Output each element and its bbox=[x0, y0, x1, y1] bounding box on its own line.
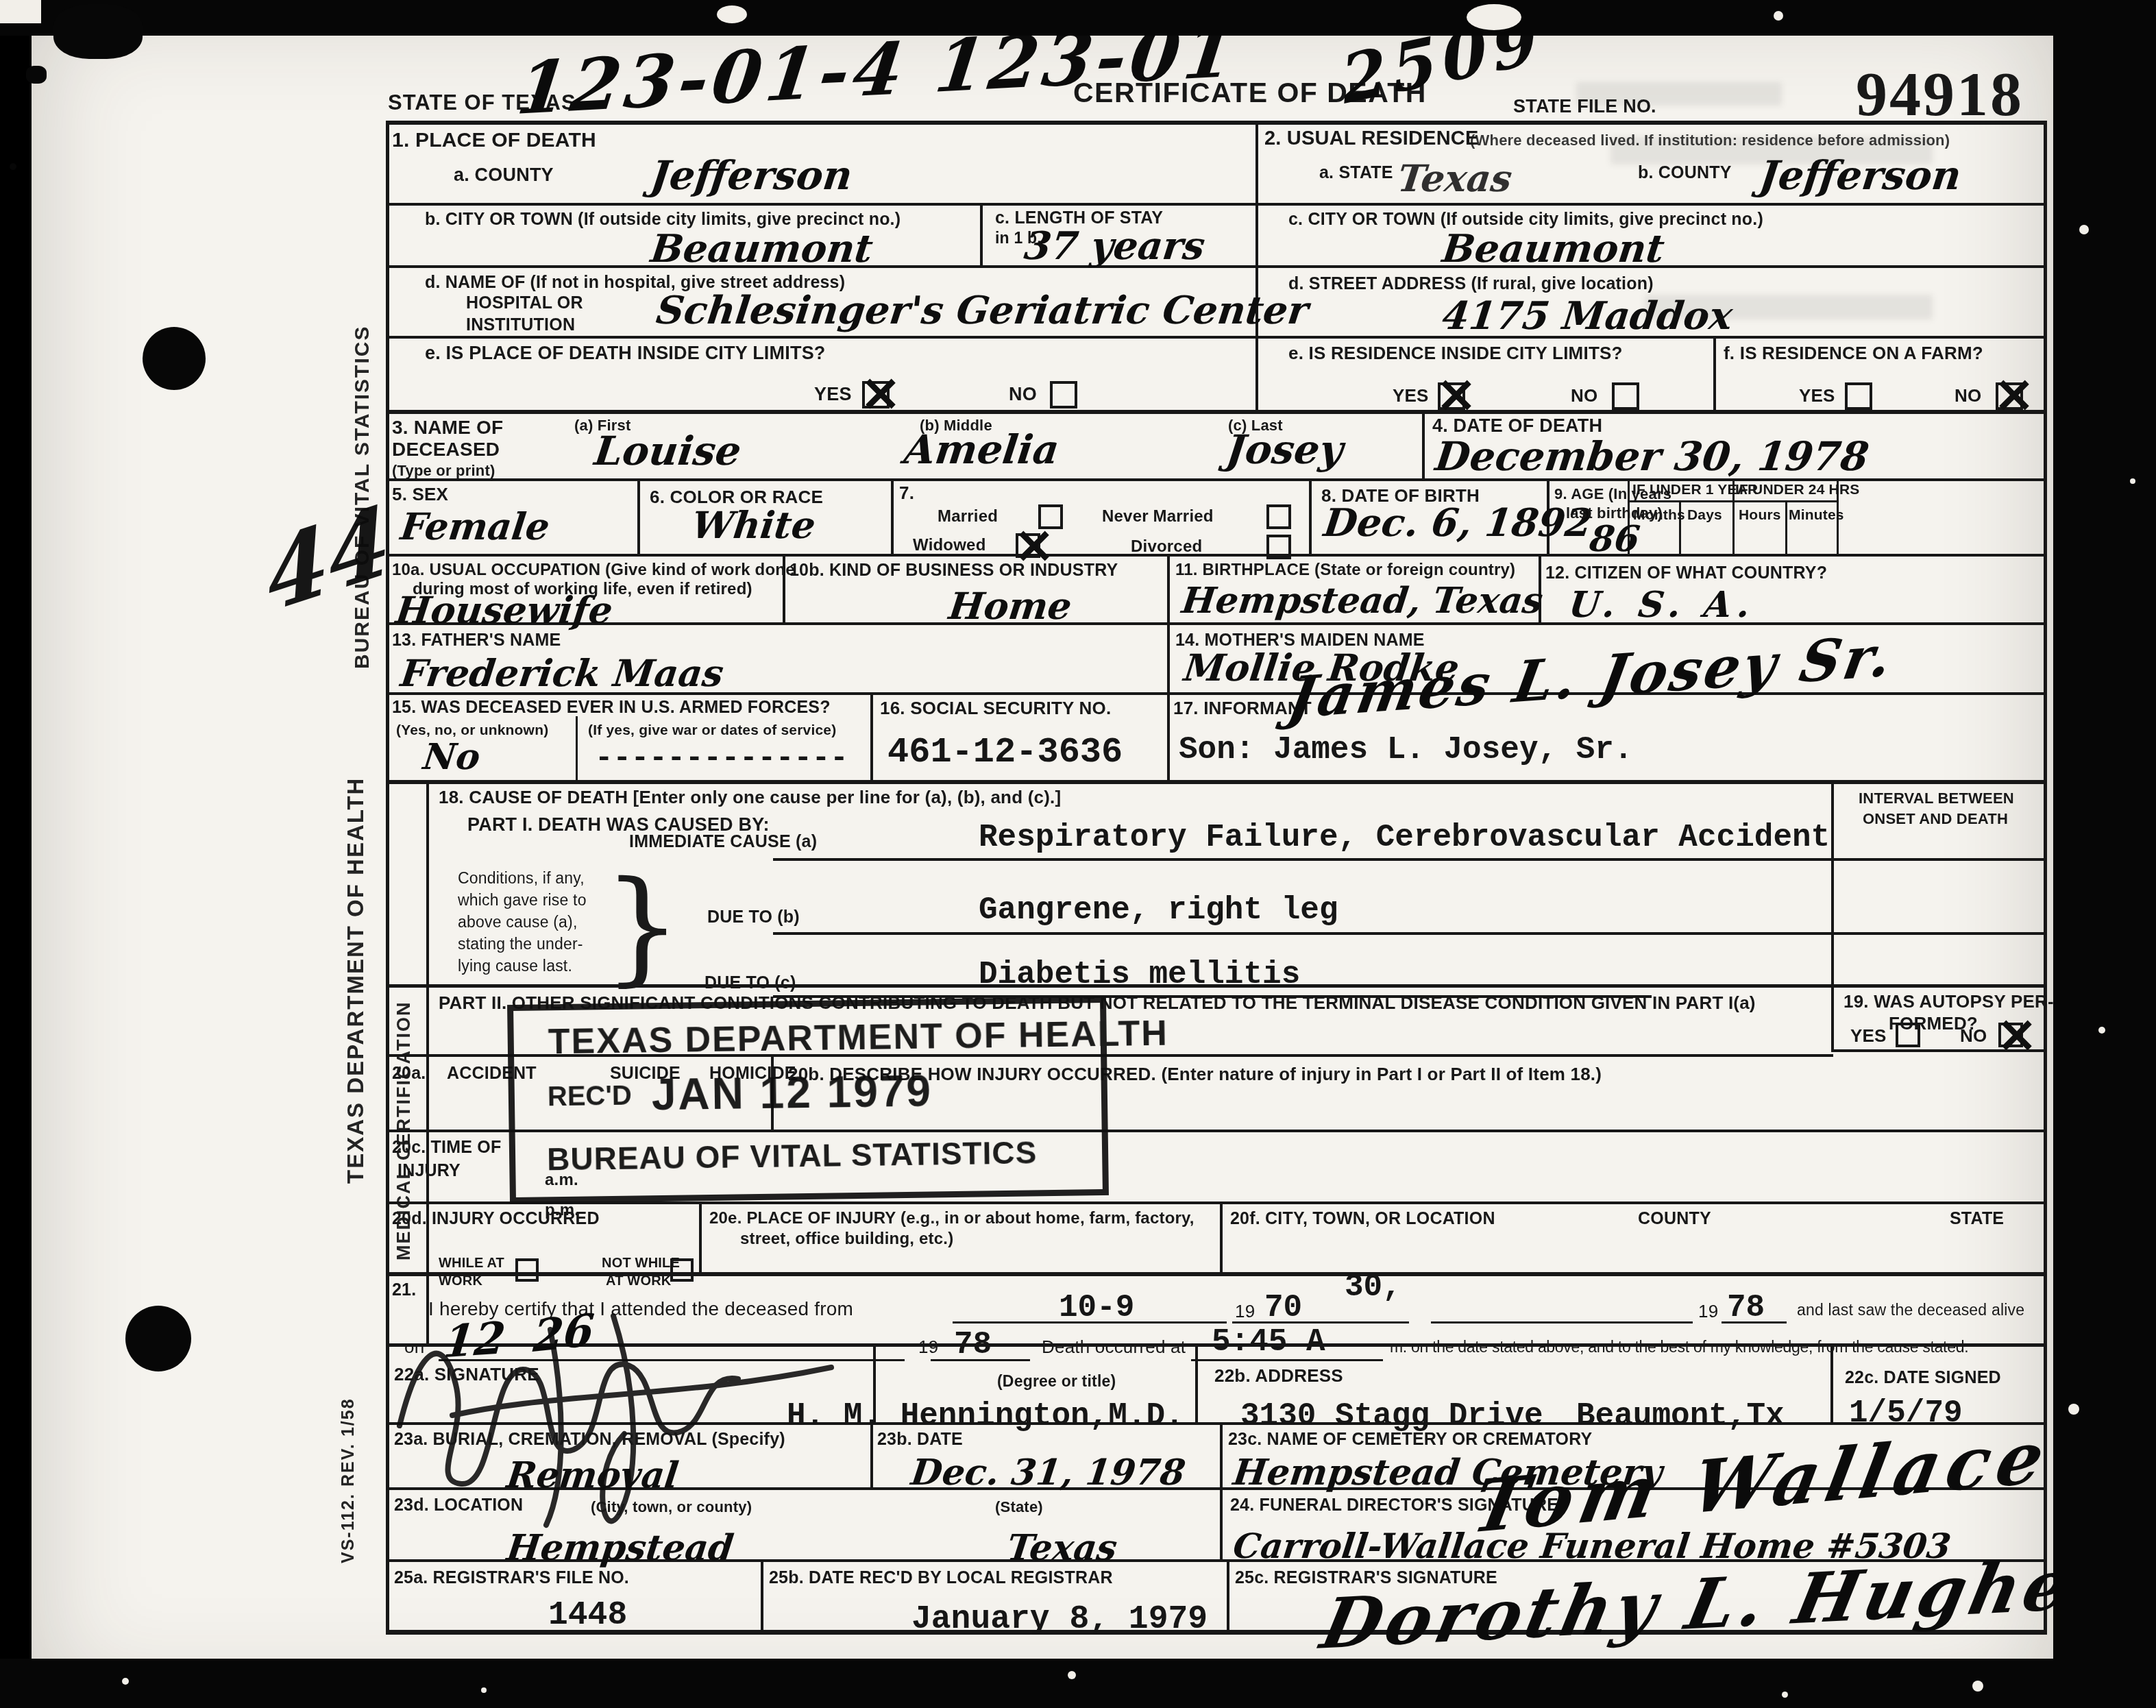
injury-20f-label: 20f. CITY, TOWN, OR LOCATION bbox=[1230, 1209, 1495, 1229]
months-label: Months bbox=[1633, 507, 1685, 524]
widowed-label: Widowed bbox=[913, 536, 986, 555]
certify-line1-post: and last saw the deceased alive bbox=[1797, 1301, 2024, 1319]
place-limits-no-checkbox bbox=[1050, 381, 1077, 408]
physician-address-value: 3130 Stagg Drive bbox=[1240, 1398, 1543, 1434]
minutes-label: Minutes bbox=[1789, 507, 1844, 524]
department-vertical-label: TEXAS DEPARTMENT OF HEALTH bbox=[343, 733, 369, 1227]
scanned-death-certificate: STATE OF TEXAS 123-01-4 123-01 CERTIFICA… bbox=[0, 0, 2156, 1708]
residence-limits-yes-label: YES bbox=[1393, 385, 1429, 406]
residence-farm-no-checkbox bbox=[1996, 382, 2023, 410]
ssn-label: 16. SOCIAL SECURITY NO. bbox=[880, 698, 1111, 719]
location-sub1: (City, town, or county) bbox=[591, 1498, 752, 1516]
married-label: Married bbox=[938, 507, 998, 526]
conditions-note2: which gave rise to bbox=[458, 891, 587, 910]
sex-label: 5. SEX bbox=[392, 484, 448, 505]
last-name-value: Josey bbox=[1224, 426, 1346, 473]
year-prefix-2: 19 bbox=[1698, 1301, 1718, 1322]
immediate-cause-label: IMMEDIATE CAUSE (a) bbox=[629, 832, 817, 852]
form-number-vertical-label: VS-112. REV. 1/58 bbox=[339, 1367, 358, 1594]
location-city-value: Hempstead bbox=[504, 1527, 736, 1569]
birthplace-value: Hempstead, Texas bbox=[1179, 580, 1545, 622]
residence-limits-no-checkbox bbox=[1612, 382, 1639, 410]
due-to-c-value: Diabetis mellitis bbox=[979, 957, 1300, 992]
residence-limits-no-label: NO bbox=[1571, 385, 1597, 406]
certify-line2-post: m. on the date stated above, and to the … bbox=[1390, 1338, 1968, 1356]
place-city-limits-label: e. IS PLACE OF DEATH INSIDE CITY LIMITS? bbox=[425, 343, 826, 364]
injury-20e-label1: 20e. PLACE OF INJURY (e.g., in or about … bbox=[709, 1209, 1195, 1228]
place-limits-yes-checkbox bbox=[862, 381, 890, 408]
marital-item-label: 7. bbox=[899, 483, 914, 504]
burial-method-value: Removal bbox=[504, 1454, 681, 1496]
occupation-value: Housewife bbox=[393, 588, 615, 632]
length-of-stay-value: 37 years bbox=[1022, 223, 1208, 269]
attended-from-value: 10-9 bbox=[1059, 1290, 1134, 1326]
death-occurred-label: Death occurred at bbox=[1042, 1337, 1186, 1358]
injury-20d-label: 20d. INJURY OCCURRED bbox=[392, 1209, 600, 1229]
burial-label: 23a. BURIAL, CREMATION, REMOVAL (Specify… bbox=[394, 1430, 785, 1450]
informant-value: Son: James L. Josey, Sr. bbox=[1179, 732, 1633, 768]
scan-edge-right bbox=[2053, 0, 2156, 1708]
place-of-death-section-label: 1. PLACE OF DEATH bbox=[392, 129, 596, 152]
conditions-note3: above cause (a), bbox=[458, 913, 578, 931]
punch-hole-bottom bbox=[125, 1306, 191, 1371]
date-signed-label: 22c. DATE SIGNED bbox=[1845, 1368, 2001, 1388]
while-at-work-checkbox bbox=[515, 1258, 539, 1282]
due-to-b-value: Gangrene, right leg bbox=[979, 892, 1338, 928]
name-of-deceased-label: 3. NAME OF bbox=[392, 417, 503, 439]
last-seen-day-value: 30, bbox=[1345, 1269, 1401, 1305]
residence-street-label: d. STREET ADDRESS (If rural, give locati… bbox=[1288, 274, 1654, 294]
registrar-date-label: 25b. DATE REC'D BY LOCAL REGISTRAR bbox=[769, 1568, 1113, 1588]
days-label: Days bbox=[1687, 507, 1722, 524]
date-of-death-value: December 30, 1978 bbox=[1433, 433, 1872, 480]
industry-label: 10b. KIND OF BUSINESS OR INDUSTRY bbox=[789, 561, 1118, 581]
physician-address-city-value: Beaumont,Tx bbox=[1576, 1398, 1785, 1434]
burial-date-value: Dec. 31, 1978 bbox=[909, 1452, 1188, 1493]
not-while-at-work-checkbox bbox=[670, 1258, 694, 1282]
age-value: 86 bbox=[1587, 518, 1642, 560]
conditions-note1: Conditions, if any, bbox=[458, 869, 585, 888]
cemetery-label: 23c. NAME OF CEMETERY OR CREMATORY bbox=[1228, 1430, 1592, 1450]
divorced-checkbox bbox=[1266, 535, 1291, 559]
hospital-label2: HOSPITAL OR bbox=[466, 293, 583, 313]
cause-section-label: 18. CAUSE OF DEATH [Enter only one cause… bbox=[439, 787, 1061, 808]
registrar-file-label: 25a. REGISTRAR'S FILE NO. bbox=[394, 1568, 629, 1588]
first-name-value: Louise bbox=[592, 428, 744, 474]
signature-label: 22a. SIGNATURE bbox=[394, 1364, 539, 1385]
middle-name-value: Amelia bbox=[902, 426, 1062, 473]
sex-value: Female bbox=[398, 504, 552, 548]
location-sub2: (State) bbox=[995, 1498, 1043, 1516]
location-state-value: Texas bbox=[1005, 1527, 1119, 1569]
occupation-label: 10a. USUAL OCCUPATION (Give kind of work… bbox=[392, 561, 795, 580]
injury-20c-label2: INJURY bbox=[397, 1161, 461, 1181]
name-of-deceased-label3: (Type or print) bbox=[392, 462, 495, 480]
due-to-b-label: DUE TO (b) bbox=[707, 907, 800, 927]
registrar-date-value: January 8, 1979 bbox=[911, 1601, 1208, 1638]
residence-city-limits-label: e. IS RESIDENCE INSIDE CITY LIMITS? bbox=[1288, 343, 1623, 364]
not-while-at-work-label2: AT WORK bbox=[606, 1273, 671, 1289]
place-county-label: a. COUNTY bbox=[454, 164, 554, 186]
divorced-label: Divorced bbox=[1131, 537, 1202, 557]
place-city-value: Beaumont bbox=[648, 226, 875, 271]
due-to-c-label: DUE TO (c) bbox=[705, 973, 796, 993]
residence-section-label: 2. USUAL RESIDENCE bbox=[1264, 127, 1478, 150]
armed-forces-value: No bbox=[421, 736, 482, 778]
stamp-recd-label: REC'D bbox=[548, 1081, 632, 1113]
never-married-label: Never Married bbox=[1102, 507, 1214, 526]
interval-label1: INTERVAL BETWEEN bbox=[1859, 790, 2014, 807]
scan-edge-bottom bbox=[0, 1659, 2156, 1708]
father-name-label: 13. FATHER'S NAME bbox=[392, 631, 561, 650]
injury-state-label: STATE bbox=[1950, 1209, 2004, 1229]
location-label: 23d. LOCATION bbox=[394, 1496, 523, 1515]
race-value: White bbox=[689, 503, 818, 547]
injury-20e-label2: street, office building, etc.) bbox=[740, 1230, 953, 1249]
residence-state-label: a. STATE bbox=[1319, 163, 1393, 183]
degree-title-label: (Degree or title) bbox=[997, 1372, 1116, 1391]
injury-20c-label1: 20c. TIME OF bbox=[392, 1138, 501, 1158]
stamp-line1: TEXAS DEPARTMENT OF HEALTH bbox=[548, 1013, 1168, 1063]
received-stamp: TEXAS DEPARTMENT OF HEALTH REC'D JAN 12 … bbox=[507, 997, 1109, 1204]
stamp-line3: BUREAU OF VITAL STATISTICS bbox=[547, 1134, 1038, 1178]
citizen-label: 12. CITIZEN OF WHAT COUNTRY? bbox=[1545, 563, 1827, 583]
residence-farm-label: f. IS RESIDENCE ON A FARM? bbox=[1724, 343, 1983, 364]
armed-forces-sub2: (If yes, give war or dates of service) bbox=[588, 722, 836, 739]
hours-label: Hours bbox=[1739, 507, 1781, 524]
widowed-checkbox bbox=[1016, 533, 1040, 558]
stamp-date: JAN 12 1979 bbox=[651, 1065, 933, 1120]
conditions-note4: stating the under- bbox=[458, 935, 583, 953]
residence-state-value: Texas bbox=[1395, 156, 1515, 200]
citizenship-value: U. S. A. bbox=[1567, 584, 1758, 626]
residence-county-label: b. COUNTY bbox=[1638, 163, 1732, 183]
injury-county-label: COUNTY bbox=[1638, 1209, 1711, 1229]
burial-date-label: 23b. DATE bbox=[877, 1430, 963, 1450]
interval-label2: ONSET AND DEATH bbox=[1863, 810, 2008, 828]
attended-from-year-value: 70 bbox=[1264, 1290, 1302, 1326]
injury-20a-label: 20a. bbox=[392, 1064, 426, 1084]
residence-limits-yes-checkbox bbox=[1438, 382, 1465, 410]
never-married-checkbox bbox=[1266, 504, 1291, 529]
while-at-work-label2: WORK bbox=[439, 1273, 482, 1289]
residence-city-value: Beaumont bbox=[1440, 226, 1667, 271]
year-prefix-1: 19 bbox=[1235, 1301, 1255, 1322]
date-of-birth-value: Dec. 6, 1892 bbox=[1321, 500, 1595, 546]
hospital-label3: INSTITUTION bbox=[466, 315, 575, 335]
ssn-value: 461-12-3636 bbox=[887, 732, 1123, 772]
residence-farm-no-label: NO bbox=[1955, 385, 1981, 406]
immediate-cause-value: Respiratory Failure, Cerebrovascular Acc… bbox=[979, 820, 1830, 855]
autopsy-no-checkbox bbox=[1998, 1023, 2023, 1047]
not-while-at-work-label1: NOT WHILE bbox=[602, 1256, 680, 1271]
father-name-value: Frederick Maas bbox=[398, 651, 726, 695]
if-under-24-hrs-label: IF UNDER 24 HRS bbox=[1735, 482, 1860, 498]
state-file-no-value: 94918 bbox=[1856, 58, 2024, 130]
birthplace-label: 11. BIRTHPLACE (State or foreign country… bbox=[1175, 561, 1515, 580]
autopsy-no-label: NO bbox=[1960, 1025, 1987, 1047]
place-limits-no-label: NO bbox=[1009, 384, 1037, 405]
last-seen-year-value: 78 bbox=[1727, 1290, 1765, 1326]
punch-hole-top bbox=[143, 327, 206, 390]
residence-farm-yes-label: YES bbox=[1799, 385, 1835, 406]
address-label: 22b. ADDRESS bbox=[1214, 1365, 1343, 1387]
place-county-value: Jefferson bbox=[648, 152, 855, 199]
name-of-deceased-label2: DECEASED bbox=[392, 439, 500, 461]
armed-forces-dates-value: -------------- bbox=[595, 742, 848, 776]
conditions-note5: lying cause last. bbox=[458, 957, 572, 975]
year-prefix-3: 19 bbox=[918, 1337, 938, 1358]
registrar-file-value: 1448 bbox=[548, 1597, 627, 1634]
death-year-value: 78 bbox=[954, 1327, 992, 1363]
physician-name-value: H. M. Hennington,M.D. bbox=[787, 1398, 1184, 1434]
place-limits-yes-label: YES bbox=[814, 384, 852, 405]
scan-edge-top bbox=[0, 0, 2156, 36]
conditions-brace: } bbox=[603, 855, 682, 999]
residence-farm-yes-checkbox bbox=[1845, 382, 1872, 410]
industry-value: Home bbox=[946, 584, 1074, 628]
autopsy-yes-label: YES bbox=[1850, 1025, 1887, 1047]
death-time-value: 5:45 A bbox=[1212, 1324, 1325, 1360]
while-at-work-label1: WHILE AT bbox=[439, 1256, 504, 1271]
armed-forces-label: 15. WAS DECEASED EVER IN U.S. ARMED FORC… bbox=[392, 698, 831, 718]
hospital-value: Schlesinger's Geriatric Center bbox=[654, 288, 1311, 333]
autopsy-yes-checkbox bbox=[1896, 1023, 1920, 1047]
